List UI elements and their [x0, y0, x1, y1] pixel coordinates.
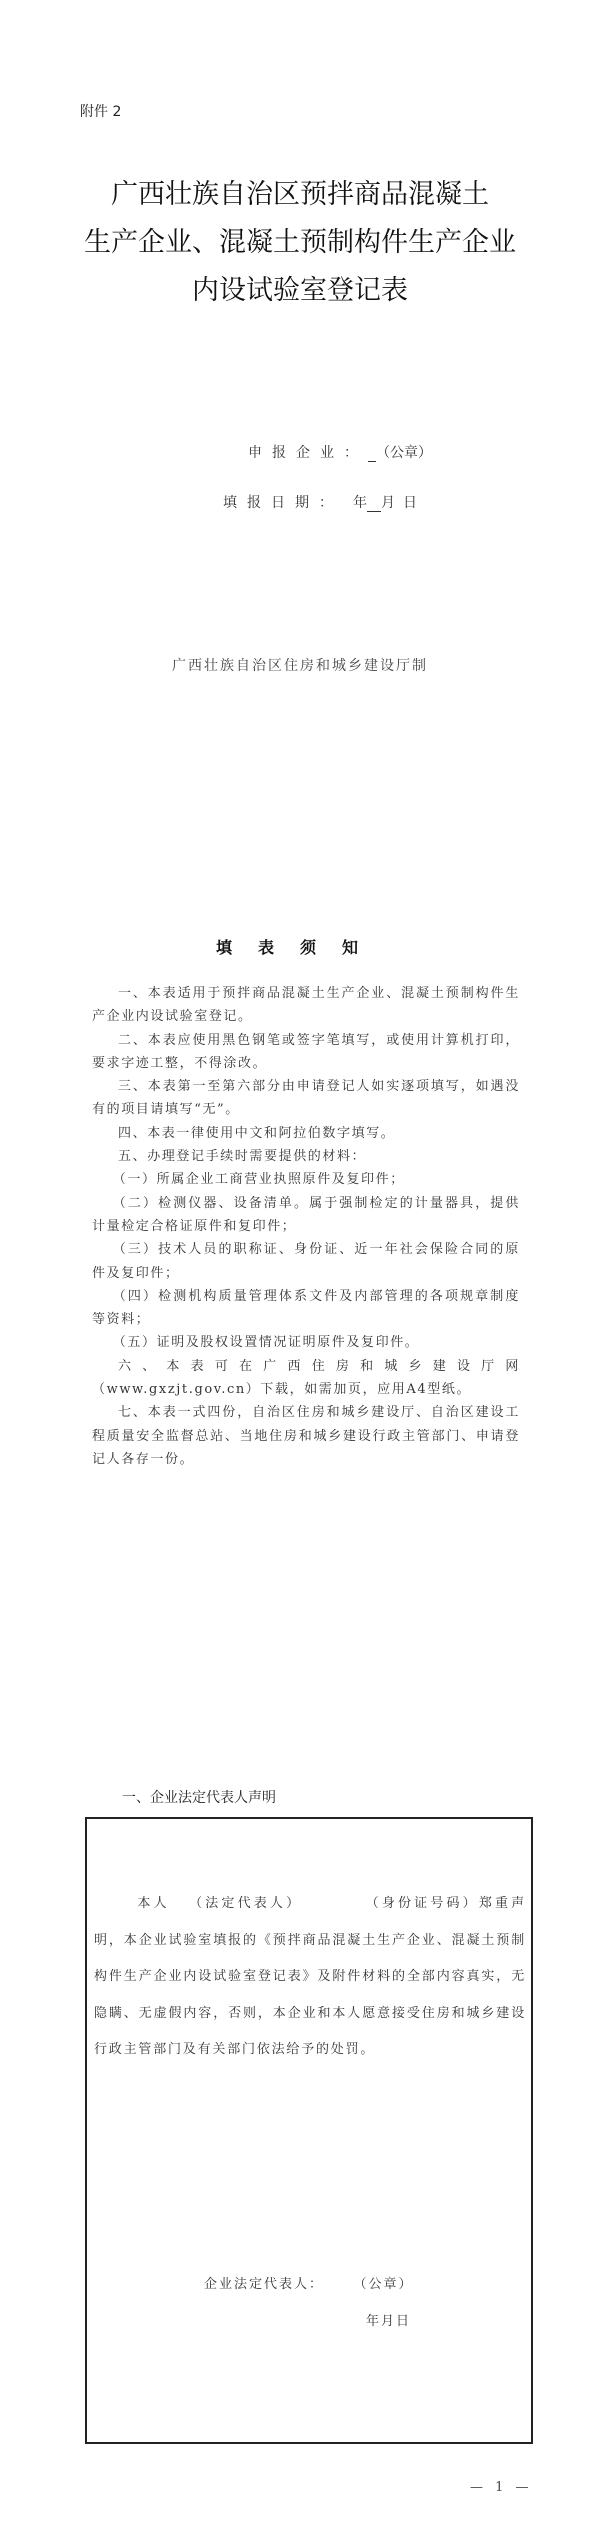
declaration-part-2: （法定代表人）: [188, 1896, 303, 1911]
attachment-label: 附件 2: [80, 101, 121, 121]
date-month-blank[interactable]: [367, 495, 381, 512]
notice-item: 六、本表可在广西住房和城乡建设厅网（www.gxzjt.gov.cn）下载，如需…: [92, 1355, 520, 1402]
applicant-field: 申报企业： （公章）: [40, 442, 600, 462]
declaration-box: 本人（法定代表人）（身份证号码）郑重声明，本企业试验室填报的《预拌商品混凝土生产…: [85, 1817, 533, 2444]
issuer-text: 广西壮族自治区住房和城乡建设厅制: [0, 655, 600, 675]
notice-subitem: （一）所属企业工商营业执照原件及复印件；: [92, 1168, 520, 1191]
declaration-part-3: （身份证号码）郑重声明，本企业试验室填报的《预拌商品混凝土生产企业、混凝土预制构…: [94, 1896, 526, 2057]
page-number: — 1 —: [470, 2480, 533, 2495]
notice-item: 一、本表适用于预拌商品混凝土生产企业、混凝土预制构件生产企业内设试验室登记。: [92, 982, 520, 1029]
signature-line: 企业法定代表人：（公章）: [204, 2273, 414, 2292]
declaration-text: 本人（法定代表人）（身份证号码）郑重声明，本企业试验室填报的《预拌商品混凝土生产…: [94, 1886, 526, 2069]
date-day-label: 日: [403, 495, 417, 511]
applicant-seal-note: （公章）: [376, 445, 432, 461]
signature-date: 年月日: [366, 2310, 411, 2329]
applicant-label: 申报企业：: [248, 445, 368, 461]
notice-item: 七、本表一式四份，自治区住房和城乡建设厅、自治区建设工程质量安全监督总站、当地住…: [92, 1401, 520, 1471]
notice-item: 四、本表一律使用中文和阿拉伯数字填写。: [92, 1122, 520, 1145]
section-heading-legal-rep-declaration: 一、企业法定代表人声明: [122, 1787, 276, 1807]
notice-item: 三、本表第一至第六部分由申请登记人如实逐项填写，如遇没有的项目请填写“无”。: [92, 1075, 520, 1122]
notice-subitem: （四）检测机构质量管理体系文件及内部管理的各项规章制度等资料；: [92, 1285, 520, 1332]
date-month-label: 月: [381, 495, 395, 511]
document-title-line-2: 生产企业、混凝土预制构件生产企业: [0, 220, 600, 259]
declaration-part-1: 本人: [136, 1896, 170, 1911]
signer-label: 企业法定代表人：: [204, 2277, 324, 2292]
fill-date-field: 填报日期：年 月日: [20, 492, 600, 512]
document-title-line-3: 内设试验室登记表: [0, 268, 600, 307]
notice-subitem: （五）证明及股权设置情况证明原件及复印件。: [92, 1331, 520, 1354]
document-title-line-1: 广西壮族自治区预拌商品混凝土: [0, 172, 600, 211]
notice-item: 五、办理登记手续时需要提供的材料：: [92, 1145, 520, 1168]
applicant-blank[interactable]: [368, 445, 376, 462]
fill-date-label: 填报日期：: [223, 495, 343, 511]
seal-label: （公章）: [360, 2277, 414, 2292]
notice-item: 二、本表应使用黑色钢笔或签字笔填写，或使用计算机打印，要求字迹工整，不得涂改。: [92, 1029, 520, 1076]
notice-body: 一、本表适用于预拌商品混凝土生产企业、混凝土预制构件生产企业内设试验室登记。 二…: [92, 982, 520, 1471]
date-year-label: 年: [353, 495, 367, 511]
notice-subitem: （二）检测仪器、设备清单。属于强制检定的计量器具，提供计量检定合格证原件和复印件…: [92, 1192, 520, 1239]
notice-subitem: （三）技术人员的职称证、身份证、近一年社会保险合同的原件及复印件；: [92, 1238, 520, 1285]
notice-title: 填表须知: [0, 935, 600, 958]
